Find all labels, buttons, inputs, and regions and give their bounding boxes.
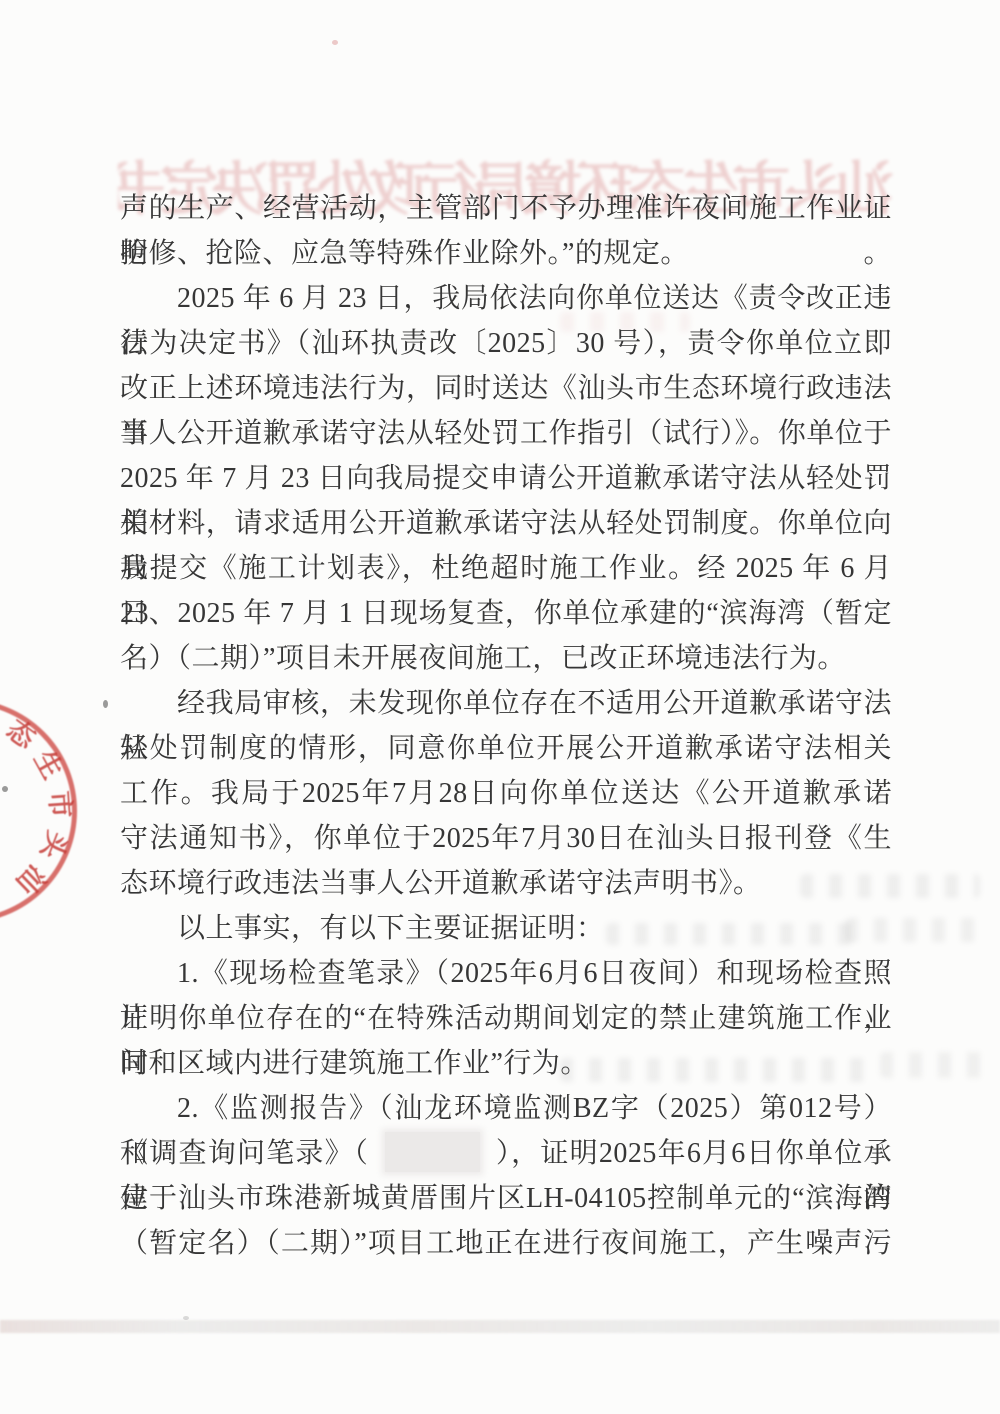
text-line: 轻处罚制度的情形，同意你单位开展公开道歉承诺守法相关	[120, 726, 892, 771]
document-body: 声的生产、经营活动，主管部门不予办理准许夜间施工作业证明。 抢修、抢险、应急等特…	[120, 186, 892, 1266]
text-line: 态环境行政违法当事人公开道歉承诺守法声明书》。	[120, 861, 892, 906]
bleed-smudge	[880, 1052, 990, 1078]
scan-speck	[183, 1316, 189, 1320]
text-line: 名）（二期）”项目未开展夜间施工，已改正环境违法行为。	[120, 636, 892, 681]
text-line: 经我局审核，未发现你单位存在不适用公开道歉承诺守法从	[120, 681, 892, 726]
text-segment: 《调查询问笔录》（	[120, 1138, 369, 1169]
text-line: 位于汕头市珠港新城黄厝围片区LH-04105控制单元的“滨海湾	[120, 1176, 892, 1221]
text-line-with-redaction: 《调查询问笔录》（），证明2025年6月6日你单位承建的	[120, 1131, 892, 1176]
text-line: 行为决定书》（汕环执责改〔2025〕30 号），责令你单位立即	[120, 321, 892, 366]
bleed-smudge	[800, 874, 980, 898]
bleed-smudge	[845, 918, 990, 942]
text-line: （暂定名）（二期）”项目工地正在进行夜间施工，产生噪声污	[120, 1221, 892, 1266]
text-line: 工作。我局于2025年7月28日向你单位送达《公开道歉承诺	[120, 771, 892, 816]
scanned-document-page: 汕头市生态环境局行政处罚决定书 声的生产、经营活动，主管部门不予办理准许夜间施工…	[0, 0, 1000, 1414]
seal-character: 市	[44, 788, 76, 820]
text-line: 关材料，请求适用公开道歉承诺守法从轻处罚制度。你单位向我	[120, 501, 892, 546]
redacted-area	[385, 1132, 480, 1172]
redaction-gap	[369, 1132, 495, 1172]
scan-speck	[2, 786, 8, 792]
scan-speck	[103, 700, 108, 708]
bleed-smudge	[560, 1058, 870, 1082]
text-line: 守法通知书》，你单位于2025年7月30日在汕头日报刊登《生	[120, 816, 892, 861]
text-line: 2.《监测报告》（汕龙环境监测BZ字（2025）第012号）和	[120, 1086, 892, 1131]
text-line: 日、2025 年 7 月 1 日现场复查，你单位承建的“滨海湾（暂定	[120, 591, 892, 636]
text-line: 1.《现场检查笔录》（2025年6月6日夜间）和现场检查照片，	[120, 951, 892, 996]
text-line: 2025 年 7 月 23 日向我局提交申请公开道歉承诺守法从轻处罚相	[120, 456, 892, 501]
text-line: 事人公开道歉承诺守法从轻处罚工作指引（试行）》。你单位于	[120, 411, 892, 456]
scan-speck	[332, 40, 338, 45]
text-line: 局提交《施工计划表》，杜绝超时施工作业。经 2025 年 6 月 23	[120, 546, 892, 591]
bleed-smudge	[606, 923, 856, 945]
scan-artifact-band	[0, 1320, 1000, 1333]
text-line: 证明你单位存在的“在特殊活动期间划定的禁止建筑施工作业时	[120, 996, 892, 1041]
text-line: 改正上述环境违法行为，同时送达《汕头市生态环境行政违法当	[120, 366, 892, 411]
text-line: 2025 年 6 月 23 日，我局依法向你单位送达《责令改正违法	[120, 276, 892, 321]
text-line: 声的生产、经营活动，主管部门不予办理准许夜间施工作业证明。	[120, 186, 892, 231]
